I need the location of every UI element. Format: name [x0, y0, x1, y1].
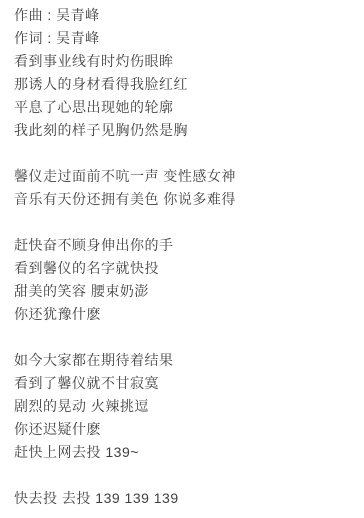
lyric-line: 看到馨仪的名字就快投	[14, 257, 350, 280]
lyric-line: 甜美的笑容 腰束奶澎	[14, 280, 350, 303]
lyric-line: 你还迟疑什麽	[14, 418, 350, 441]
lyric-line: 快去投 去投 139 139 139	[14, 487, 350, 510]
lyric-line: 看到了馨仪就不甘寂寞	[14, 372, 350, 395]
lyric-line: 馨仪走过面前不吭一声 变性感女神	[14, 165, 350, 188]
lyric-line: 赶快奋不顾身伸出你的手	[14, 234, 350, 257]
lyric-line: 我此刻的样子见胸仍然是胸	[14, 119, 350, 142]
composer-credit: 作曲 : 吴青峰	[14, 4, 350, 27]
lyric-line: 音乐有天份还拥有美色 你说多难得	[14, 188, 350, 211]
stanza-chorus-2: 如今大家都在期待着结果 看到了馨仪就不甘寂寞 剧烈的晃动 火辣挑逗 你还迟疑什麽…	[14, 349, 350, 464]
lyricist-credit: 作词 : 吴青峰	[14, 27, 350, 50]
lyric-line: 平息了心思出现她的轮廓	[14, 96, 350, 119]
lyrics-text: 作曲 : 吴青峰 作词 : 吴青峰 看到事业线有时灼伤眼眸 那诱人的身材看得我脸…	[0, 0, 364, 510]
lyric-line: 那诱人的身材看得我脸红红	[14, 73, 350, 96]
lyric-line: 赶快上网去投 139~	[14, 441, 350, 464]
lyric-line: 你还犹豫什麽	[14, 303, 350, 326]
stanza-outro: 快去投 去投 139 139 139	[14, 487, 350, 510]
stanza-credits-and-verse-1: 作曲 : 吴青峰 作词 : 吴青峰 看到事业线有时灼伤眼眸 那诱人的身材看得我脸…	[14, 4, 350, 142]
lyric-line: 看到事业线有时灼伤眼眸	[14, 50, 350, 73]
lyric-line: 剧烈的晃动 火辣挑逗	[14, 395, 350, 418]
lyric-line: 如今大家都在期待着结果	[14, 349, 350, 372]
stanza-chorus-1: 赶快奋不顾身伸出你的手 看到馨仪的名字就快投 甜美的笑容 腰束奶澎 你还犹豫什麽	[14, 234, 350, 326]
stanza-verse-2: 馨仪走过面前不吭一声 变性感女神 音乐有天份还拥有美色 你说多难得	[14, 165, 350, 211]
